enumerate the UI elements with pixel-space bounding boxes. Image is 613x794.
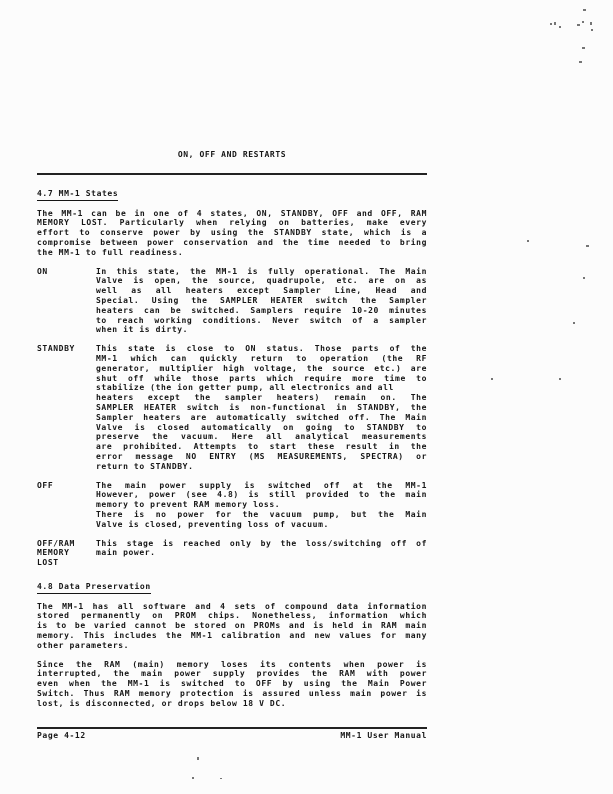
text-line: heaters except the sampler heaters) rema… — [96, 393, 427, 403]
document-body: 4.7 MM-1 StatesThe MM-1 can be in one of… — [37, 189, 427, 709]
text-line: This stage is reached only by the loss/s… — [96, 539, 427, 549]
header-rule — [37, 173, 427, 175]
text-line: MEMORY LOST. Particularly when relying o… — [37, 218, 427, 228]
page-footer: Page 4-12 MM-1 User Manual — [37, 727, 427, 741]
text-line: The MM-1 can be in one of 4 states, ON, … — [37, 209, 427, 219]
text-line: MM-1 which can quickly return to operati… — [96, 354, 427, 364]
text-line: compromise between power conservation an… — [37, 238, 427, 248]
header-title: ON, OFF AND RESTARTS — [37, 150, 427, 160]
text-line: other parameters. — [37, 641, 427, 651]
text-line: Since the RAM (main) memory loses its co… — [37, 660, 427, 670]
scan-speck — [559, 378, 561, 380]
term-label: ON — [37, 267, 96, 277]
scan-speck — [577, 24, 580, 26]
section-heading: 4.7 MM-1 States — [37, 189, 118, 201]
text-line: Switch. Thus RAM memory protection is as… — [37, 689, 427, 699]
term-label: MEMORY — [37, 548, 96, 558]
scan-speck — [220, 778, 222, 779]
definition-column: In this state, the MM-1 is fully operati… — [96, 267, 427, 336]
text-line: generator, multiplier high voltage, the … — [96, 364, 427, 374]
scan-speck — [192, 777, 194, 779]
term-definition-block: ONIn this state, the MM-1 is fully opera… — [37, 267, 427, 336]
scanned-manual-page: ON, OFF AND RESTARTS 4.7 MM-1 StatesThe … — [0, 0, 613, 794]
term-label: LOST — [37, 558, 96, 568]
paragraph: Since the RAM (main) memory loses its co… — [37, 660, 427, 709]
text-line: There is no power for the vacuum pump, b… — [96, 510, 427, 520]
text-line: The main power supply is switched off at… — [96, 481, 427, 491]
text-line: is to be varied cannot be stored on PROM… — [37, 621, 427, 631]
text-line: shut off while those parts which require… — [96, 374, 427, 384]
text-line: Valve is closed automatically on going t… — [96, 423, 427, 433]
section-heading: 4.8 Data Preservation — [37, 582, 151, 594]
text-line: even when the MM-1 is switched to OFF by… — [37, 679, 427, 689]
scan-speck — [583, 277, 585, 279]
text-line: interrupted, the main power supply provi… — [37, 669, 427, 679]
term-label: OFF — [37, 481, 96, 491]
scan-speck — [197, 757, 199, 760]
scan-speck — [590, 22, 592, 25]
definition-column: This stage is reached only by the loss/s… — [96, 539, 427, 568]
text-line: This state is close to ON status. Those … — [96, 344, 427, 354]
term-column: OFF — [37, 481, 96, 530]
definition-column: This state is close to ON status. Those … — [96, 344, 427, 471]
term-column: OFF/RAMMEMORYLOST — [37, 539, 96, 568]
text-line: Valve is closed, preventing loss of vacu… — [96, 520, 427, 530]
paragraph: The MM-1 can be in one of 4 states, ON, … — [37, 209, 427, 258]
text-line: stored permanently on PROM chips. Noneth… — [37, 611, 427, 621]
text-line: memory. This includes the MM-1 calibrati… — [37, 631, 427, 641]
scan-speck — [583, 9, 586, 11]
term-column: ON — [37, 267, 96, 336]
scan-speck — [527, 240, 529, 242]
text-line: to reach working conditions. Never switc… — [96, 316, 427, 326]
term-definition-block: STANDBYThis state is close to ON status.… — [37, 344, 427, 471]
scan-speck — [559, 26, 561, 28]
scan-speck — [573, 322, 575, 324]
paragraph: The MM-1 has all software and 4 sets of … — [37, 602, 427, 651]
footer-page-number: Page 4-12 — [37, 731, 86, 741]
scan-speck — [586, 245, 589, 247]
text-line: Valve is open, the source, quadrupole, e… — [96, 276, 427, 286]
term-definition-block: OFFThe main power supply is switched off… — [37, 481, 427, 530]
text-line: Sampler heaters are automatically switch… — [96, 413, 427, 423]
definition-column: The main power supply is switched off at… — [96, 481, 427, 530]
section-heading-row: 4.8 Data Preservation — [37, 582, 427, 594]
text-line: However, power (see 4.8) is still provid… — [96, 490, 427, 500]
scan-speck — [591, 29, 593, 31]
text-line: The MM-1 has all software and 4 sets of … — [37, 602, 427, 612]
text-line: In this state, the MM-1 is fully operati… — [96, 267, 427, 277]
text-line: stabilize (the ion getter pump, all elec… — [96, 383, 427, 393]
text-line: when it is dirty. — [96, 325, 427, 335]
text-line: heaters can be switched. Samplers requir… — [96, 306, 427, 316]
term-label: STANDBY — [37, 344, 96, 354]
footer-doc-title: MM-1 User Manual — [340, 731, 427, 741]
text-line: effort to conserve power by using the ST… — [37, 228, 427, 238]
page-header: ON, OFF AND RESTARTS — [37, 150, 427, 175]
text-line: Special. Using the SAMPLER HEATER switch… — [96, 296, 427, 306]
text-line: preserve the vacuum. Here all analytical… — [96, 432, 427, 442]
page-content: ON, OFF AND RESTARTS 4.7 MM-1 StatesThe … — [37, 0, 427, 718]
text-line: error message NO ENTRY (MS MEASUREMENTS,… — [96, 452, 427, 462]
text-line: well as all heaters except Sampler Line,… — [96, 286, 427, 296]
scan-speck — [582, 21, 584, 23]
term-definition-block: OFF/RAMMEMORYLOSTThis stage is reached o… — [37, 539, 427, 568]
scan-speck — [582, 47, 585, 49]
footer-rule — [37, 727, 427, 729]
text-line: return to STANDBY. — [96, 462, 427, 472]
text-line: main power. — [96, 548, 427, 558]
section-heading-row: 4.7 MM-1 States — [37, 189, 427, 201]
text-line: lost, is disconnected, or drops below 18… — [37, 699, 427, 709]
scan-speck — [579, 61, 582, 63]
text-line: SAMPLER HEATER switch is non-functional … — [96, 403, 427, 413]
text-line: the MM-1 to full readiness. — [37, 248, 427, 258]
text-line: memory to prevent RAM memory loss. — [96, 500, 427, 510]
scan-speck — [550, 23, 552, 25]
term-column: STANDBY — [37, 344, 96, 471]
scan-speck — [554, 22, 556, 25]
text-line: are prohibited. Attempts to start these … — [96, 442, 427, 452]
scan-speck — [491, 378, 493, 380]
term-label: OFF/RAM — [37, 539, 96, 549]
